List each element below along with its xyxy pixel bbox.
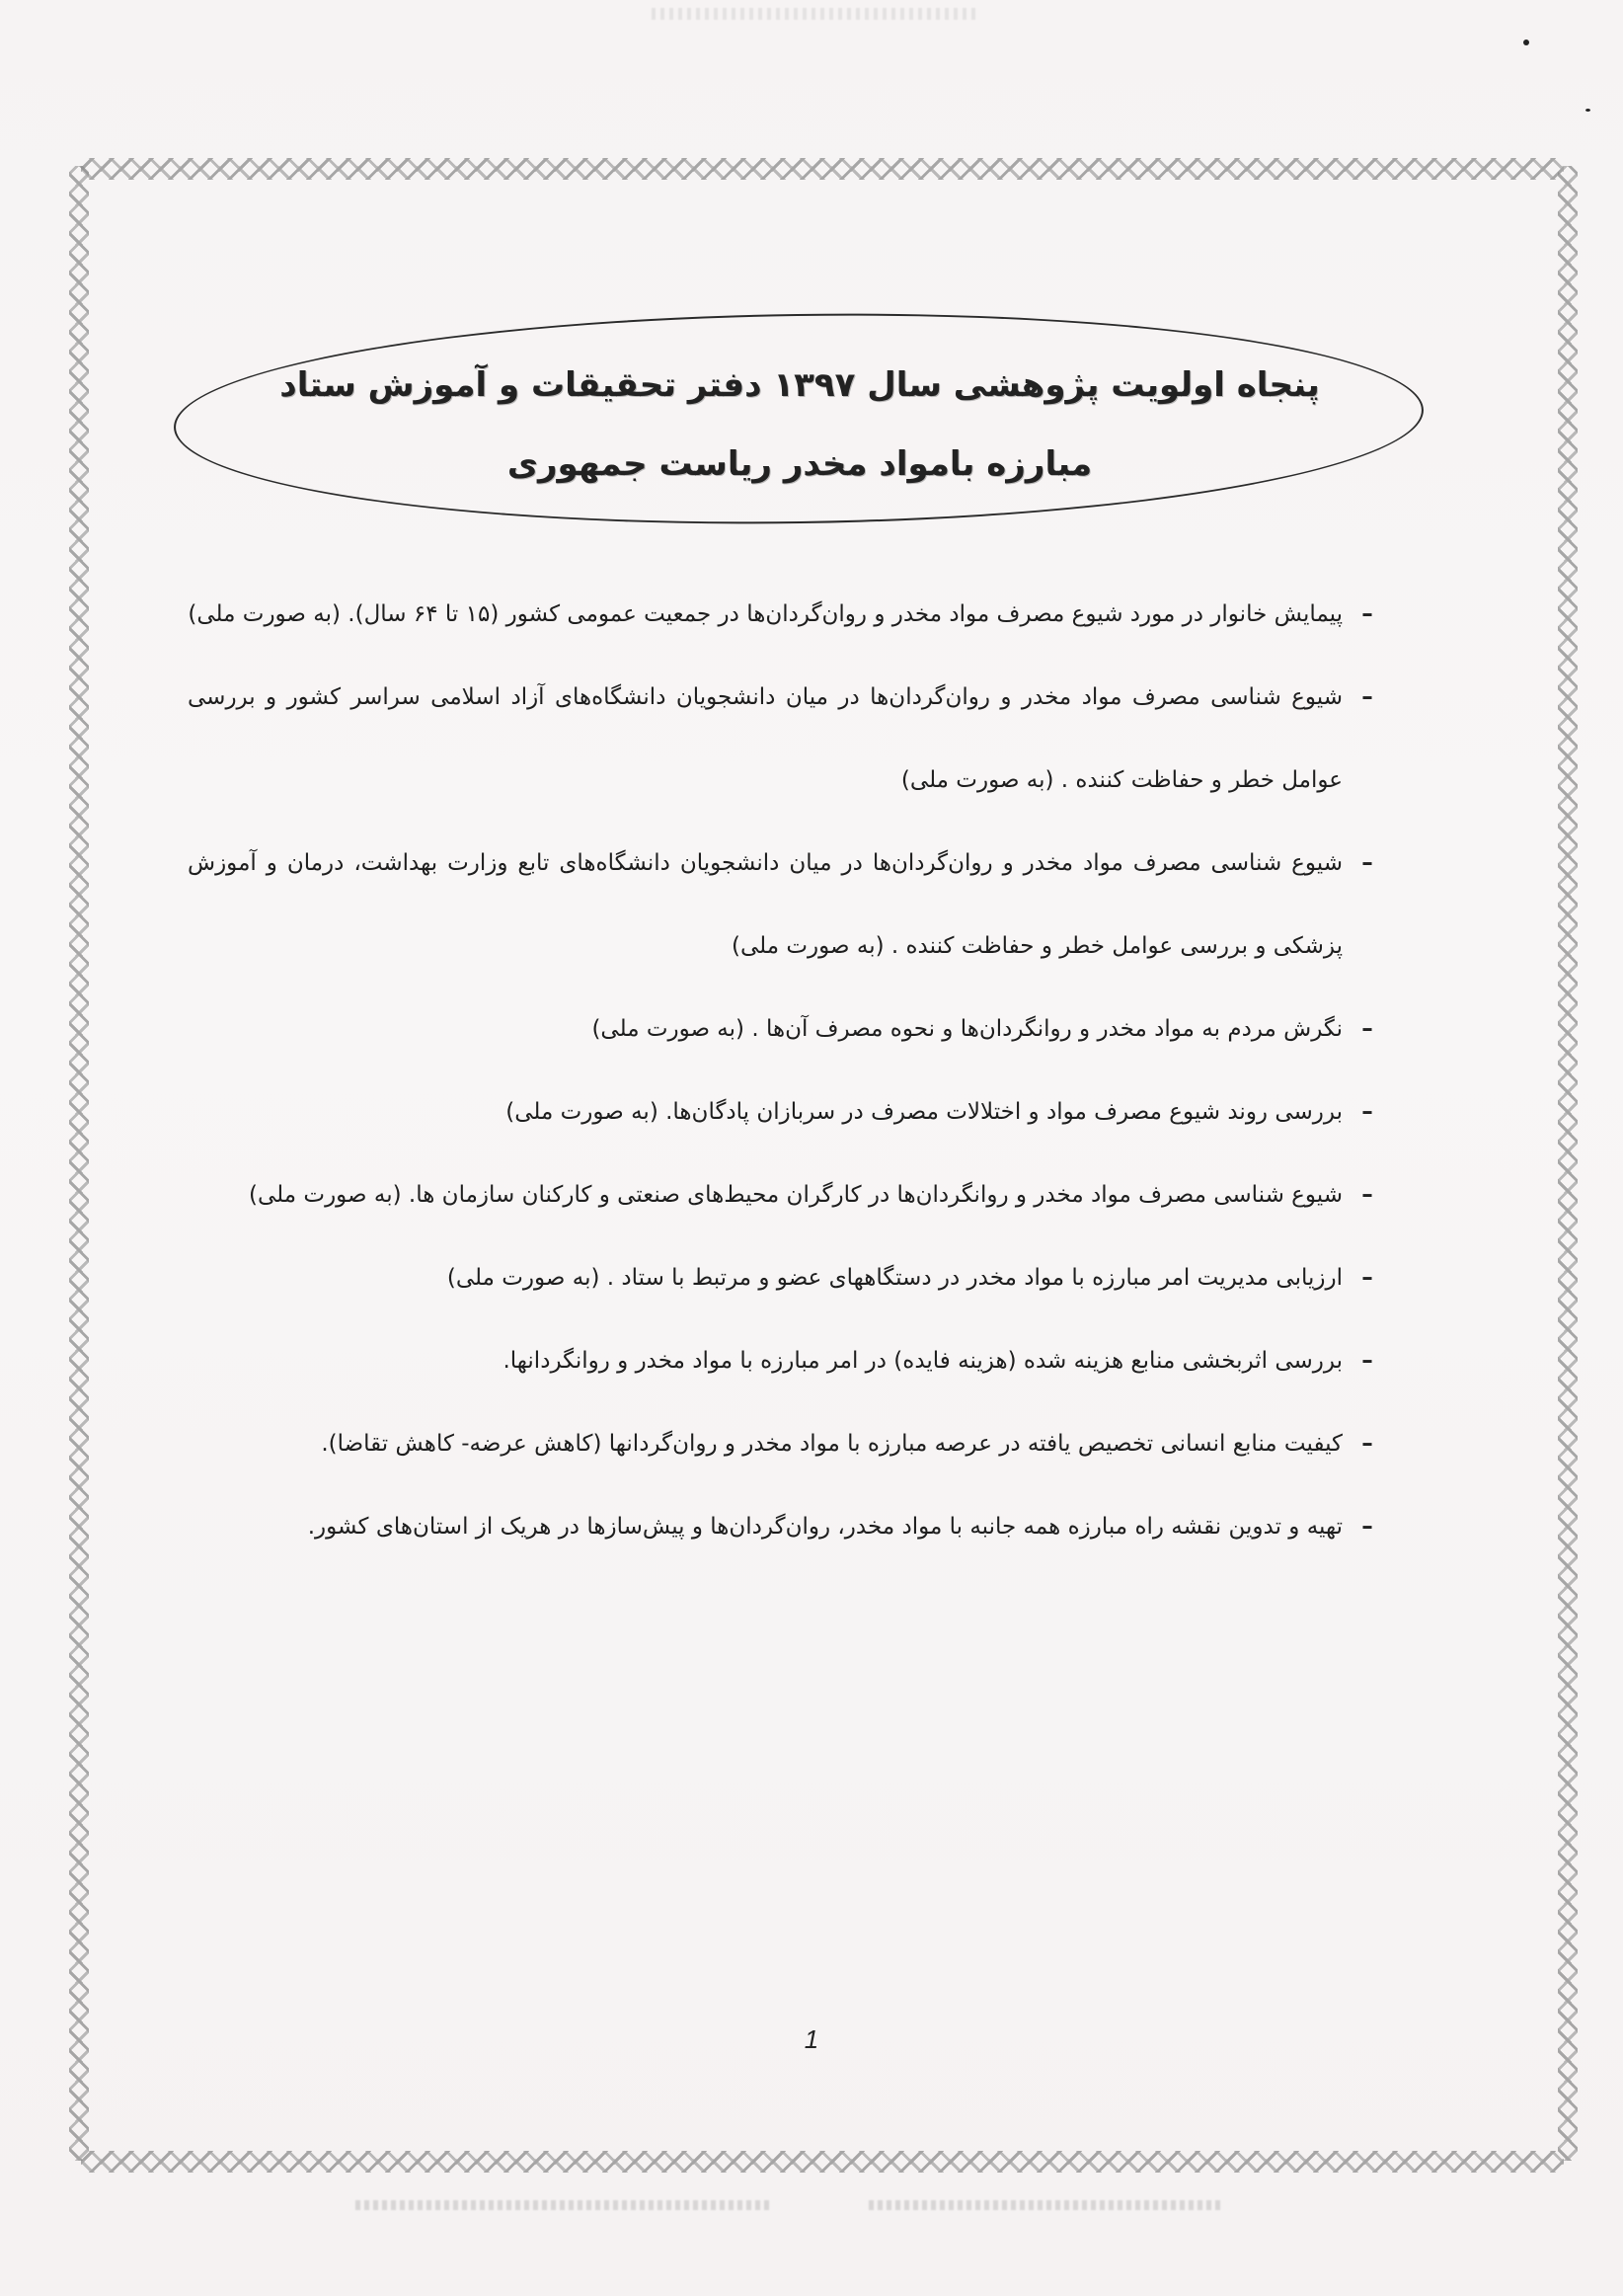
list-item: – نگرش مردم به مواد مخدر و روانگردان‌ها …: [188, 988, 1378, 1070]
list-item-text: نگرش مردم به مواد مخدر و روانگردان‌ها و …: [591, 1016, 1343, 1042]
list-item-text: کیفیت منابع انسانی تخصیص یافته در عرصه م…: [321, 1431, 1343, 1457]
list-item-text: شیوع شناسی مصرف مواد مخدر و روان‌گردان‌ه…: [188, 850, 1343, 959]
decorative-border-right: [1558, 166, 1578, 2161]
list-item: – ارزیابی مدیریت امر مبارزه با مواد مخدر…: [188, 1236, 1378, 1319]
scan-speck: [1523, 40, 1529, 45]
decorative-border-left: [69, 166, 89, 2161]
dash-bullet: –: [1356, 1236, 1378, 1319]
page-number: 1: [800, 2024, 823, 2055]
list-item-text: تهیه و تدوین نقشه راه مبارزه همه جانبه ب…: [308, 1514, 1343, 1540]
list-item-text: شیوع شناسی مصرف مواد مخدر و روانگردان‌ها…: [249, 1182, 1343, 1208]
list-item-text: پیمایش خانوار در مورد شیوع مصرف مواد مخد…: [188, 601, 1343, 627]
dash-bullet: –: [1356, 822, 1378, 905]
priority-list: – پیمایش خانوار در مورد شیوع مصرف مواد م…: [188, 573, 1378, 1568]
scan-speck: [1585, 109, 1590, 112]
dash-bullet: –: [1356, 1402, 1378, 1485]
dash-bullet: –: [1356, 1153, 1378, 1236]
list-item: – پیمایش خانوار در مورد شیوع مصرف مواد م…: [188, 573, 1378, 656]
list-item: – بررسی روند شیوع مصرف مواد و اختلالات م…: [188, 1070, 1378, 1153]
list-item-text: بررسی اثربخشی منابع هزینه شده (هزینه فای…: [502, 1348, 1343, 1374]
list-item: – شیوع شناسی مصرف مواد مخدر و روان‌گردان…: [188, 656, 1378, 822]
document-title: پنجاه اولویت پژوهشی سال ۱۳۹۷ دفتر تحقیقا…: [178, 346, 1422, 504]
list-item: – تهیه و تدوین نقشه راه مبارزه همه جانبه…: [188, 1485, 1378, 1568]
scan-artifact-bottom-left: [355, 2200, 770, 2210]
list-item: – شیوع شناسی مصرف مواد مخدر و روانگردان‌…: [188, 1153, 1378, 1236]
dash-bullet: –: [1356, 573, 1378, 656]
title-line-1: پنجاه اولویت پژوهشی سال ۱۳۹۷ دفتر تحقیقا…: [178, 346, 1422, 425]
scan-artifact-top: [652, 8, 977, 20]
list-item: – کیفیت منابع انسانی تخصیص یافته در عرصه…: [188, 1402, 1378, 1485]
list-item: – بررسی اثربخشی منابع هزینه شده (هزینه ف…: [188, 1319, 1378, 1402]
list-item-text: شیوع شناسی مصرف مواد مخدر و روان‌گردان‌ه…: [188, 684, 1343, 793]
decorative-border-bottom: [81, 2151, 1564, 2173]
dash-bullet: –: [1356, 656, 1378, 739]
dash-bullet: –: [1356, 1485, 1378, 1568]
dash-bullet: –: [1356, 1070, 1378, 1153]
decorative-border-top: [81, 158, 1564, 180]
title-line-2: مبارزه بامواد مخدر ریاست جمهوری: [178, 425, 1422, 504]
list-item: – شیوع شناسی مصرف مواد مخدر و روان‌گردان…: [188, 822, 1378, 988]
dash-bullet: –: [1356, 988, 1378, 1070]
scan-artifact-bottom-right: [869, 2200, 1224, 2210]
list-item-text: بررسی روند شیوع مصرف مواد و اختلالات مصر…: [505, 1099, 1343, 1125]
dash-bullet: –: [1356, 1319, 1378, 1402]
list-item-text: ارزیابی مدیریت امر مبارزه با مواد مخدر د…: [447, 1265, 1343, 1291]
